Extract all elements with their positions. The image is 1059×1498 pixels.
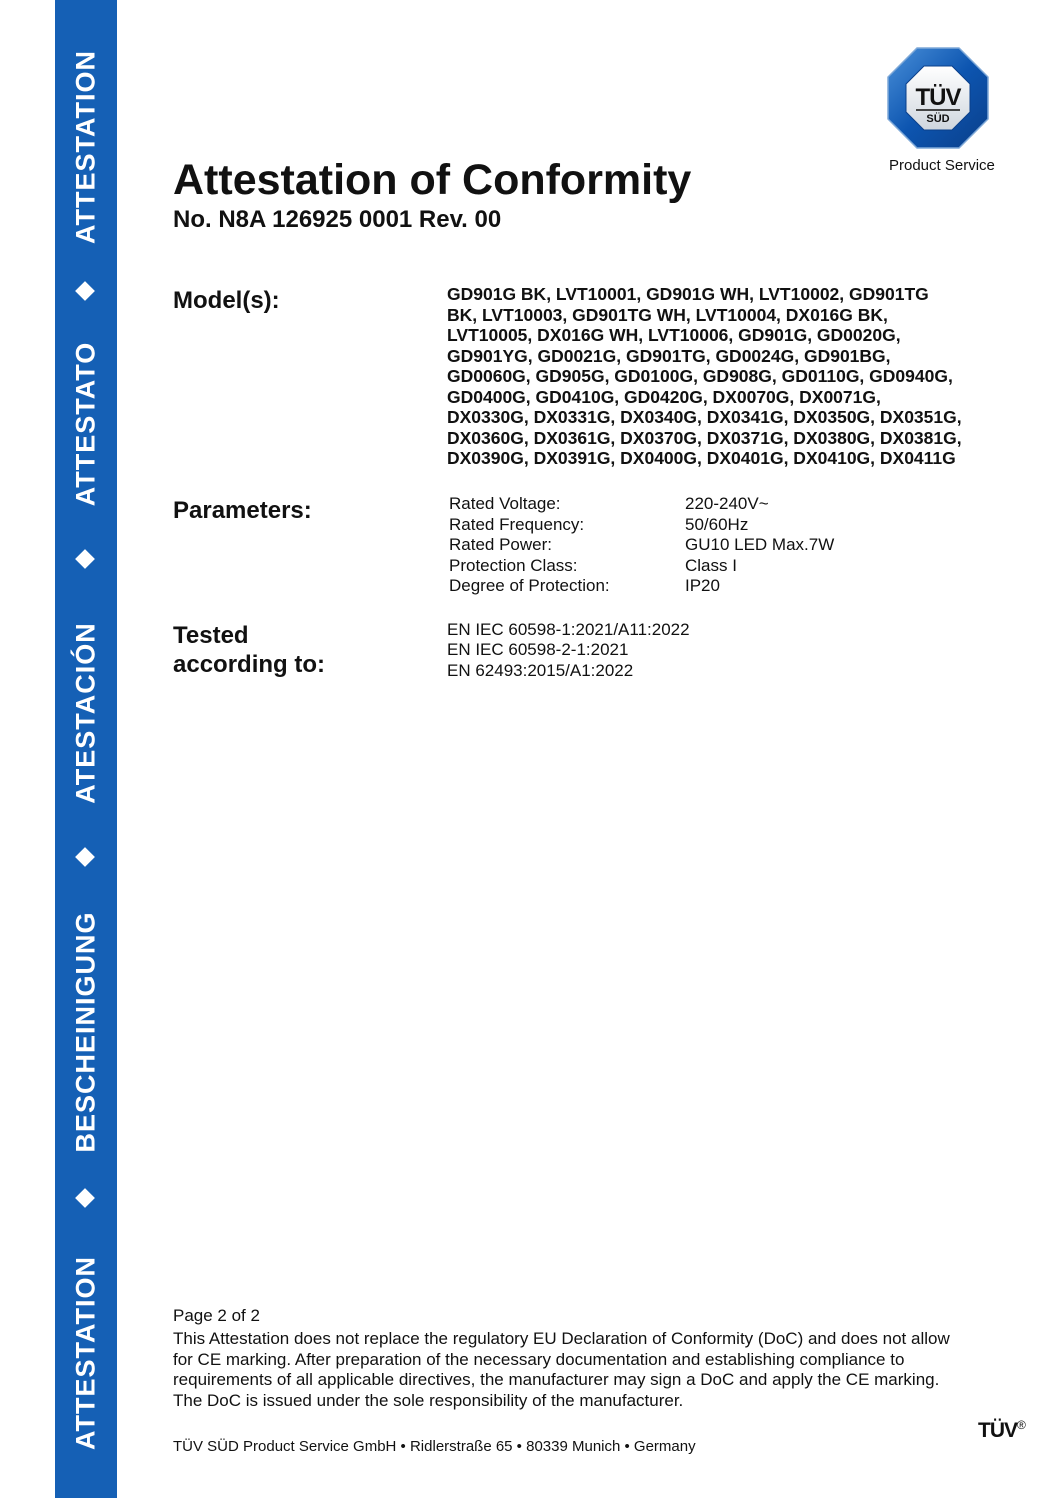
standard-item: EN IEC 60598-1:2021/A11:2022 (447, 620, 690, 640)
models-list: GD901G BK, LVT10001, GD901G WH, LVT10002… (447, 284, 987, 469)
parameters-label: Parameters: (173, 496, 312, 525)
disclaimer-text: This Attestation does not replace the re… (173, 1329, 973, 1411)
models-line: DX0330G, DX0331G, DX0340G, DX0341G, DX03… (447, 407, 987, 428)
document-title: Attestation of Conformity (173, 156, 691, 205)
band-label-attestation-bottom: ATTESTATION (71, 1256, 102, 1450)
parameter-row: Rated Frequency: 50/60Hz (449, 515, 834, 536)
parameter-value: 50/60Hz (685, 515, 748, 536)
models-label: Model(s): (173, 286, 280, 315)
svg-text:TÜV: TÜV (916, 84, 962, 111)
parameter-value: Class I (685, 556, 737, 577)
parameter-row: Protection Class: Class I (449, 556, 834, 577)
page-number: Page 2 of 2 (173, 1306, 260, 1326)
parameter-row: Rated Voltage: 220-240V~ (449, 494, 834, 515)
standard-item: EN 62493:2015/A1:2022 (447, 661, 690, 681)
parameter-value: 220-240V~ (685, 494, 769, 515)
band-label-bescheinigung: BESCHEINIGUNG (71, 911, 102, 1152)
document-number: No. N8A 126925 0001 Rev. 00 (173, 206, 501, 234)
standard-item: EN IEC 60598-2-1:2021 (447, 640, 690, 660)
tuv-trademark: TÜV® (978, 1418, 1025, 1443)
parameter-name: Protection Class: (449, 556, 685, 577)
svg-text:SÜD: SÜD (926, 112, 949, 125)
parameter-row: Rated Power: GU10 LED Max.7W (449, 535, 834, 556)
tested-label: Tested according to: (173, 621, 325, 679)
parameter-name: Rated Frequency: (449, 515, 685, 536)
registered-icon: ® (1017, 1418, 1025, 1432)
band-label-attestation-en: ATTESTATION (71, 50, 102, 244)
tuv-mark-text: TÜV (978, 1419, 1017, 1442)
tested-label-line2: according to: (173, 650, 325, 679)
parameter-name: Degree of Protection: (449, 576, 685, 597)
parameter-row: Degree of Protection: IP20 (449, 576, 834, 597)
parameter-value: IP20 (685, 576, 720, 597)
models-line: GD901G BK, LVT10001, GD901G WH, LVT10002… (447, 284, 987, 305)
standards-list: EN IEC 60598-1:2021/A11:2022 EN IEC 6059… (447, 620, 690, 681)
band-label-atestacion: ATESTACIÓN (71, 622, 102, 804)
logo-caption: Product Service (889, 157, 995, 174)
models-line: DX0360G, DX0361G, DX0370G, DX0371G, DX03… (447, 428, 987, 449)
models-line: DX0390G, DX0391G, DX0400G, DX0401G, DX04… (447, 448, 987, 469)
models-line: GD0400G, GD0410G, GD0420G, DX0070G, DX00… (447, 387, 987, 408)
parameter-value: GU10 LED Max.7W (685, 535, 834, 556)
tuv-sud-logo: TÜV SÜD (886, 46, 990, 150)
parameters-table: Rated Voltage: 220-240V~ Rated Frequency… (449, 494, 834, 597)
models-line: GD901YG, GD0021G, GD901TG, GD0024G, GD90… (447, 346, 987, 367)
models-line: GD0060G, GD905G, GD0100G, GD908G, GD0110… (447, 366, 987, 387)
parameter-name: Rated Voltage: (449, 494, 685, 515)
parameter-name: Rated Power: (449, 535, 685, 556)
company-address: TÜV SÜD Product Service GmbH • Ridlerstr… (173, 1438, 696, 1455)
band-label-attestato: ATTESTATO (71, 342, 102, 507)
models-line: LVT10005, DX016G WH, LVT10006, GD901G, G… (447, 325, 987, 346)
tested-label-line1: Tested (173, 621, 325, 650)
models-line: BK, LVT10003, GD901TG WH, LVT10004, DX01… (447, 305, 987, 326)
